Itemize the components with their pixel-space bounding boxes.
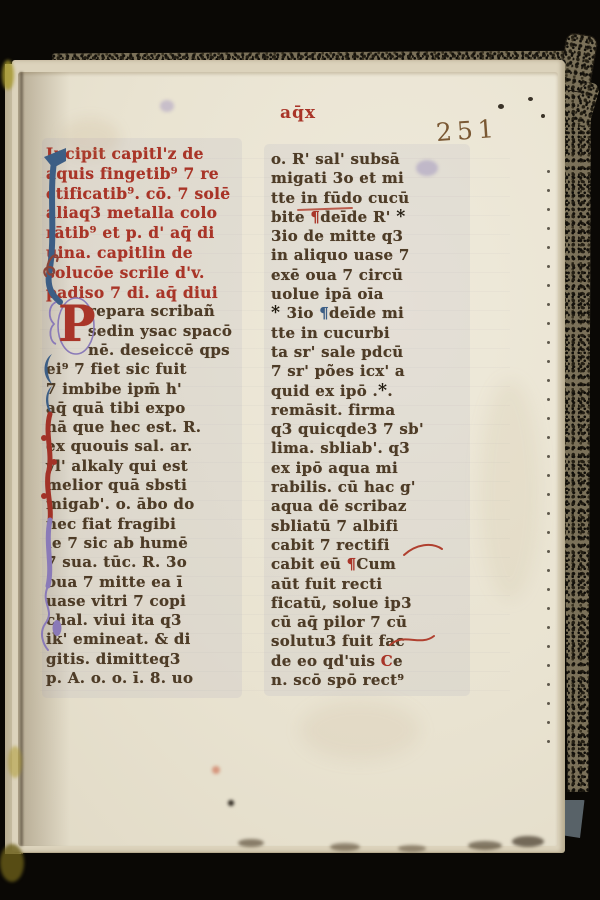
text-segment: vl' alkaly qui est [46,457,188,475]
pricking-hole [547,607,550,610]
pricking-hole [547,740,550,743]
text-segment: nec fiat fragibi [46,515,176,533]
text-segment: * [271,303,287,323]
text-line: * 3io ¶deīde mi [271,304,471,323]
text-line: ex ipō aqua mi [271,459,471,478]
text-segment: 3io [287,304,320,322]
text-line: quid ex ipō .*. [271,382,471,401]
text-segment: e [393,652,403,670]
text-segment: aqua dē scribaz [271,497,407,515]
text-line: nec fiat fragibi [46,515,246,534]
stain [238,839,264,847]
text-line: ctificatib⁹. cō. 7 solē [46,184,246,204]
text-segment: aquis fingetib⁹ 7 re [46,164,219,183]
text-line: lima. sbliab'. q3 [271,439,471,458]
text-segment: migab'. o. ābo do [46,495,195,513]
blue-initial-i [38,146,68,306]
text-segment: 7 sua. tūc. R. 3o [46,553,187,571]
text-segment: chal. viui ita q3 [46,611,182,629]
pricking-hole [547,208,550,211]
text-line: aūt fuit recti [271,575,471,594]
text-line: cū aq̄ pilor 7 cū [271,613,471,632]
stain [480,380,540,600]
text-line: in aliquo uase 7 [271,246,471,265]
text-line: o. R' sal' subsā [271,150,471,169]
text-segment: sedin ysac spacō [88,322,232,340]
text-line: uina. capitlin de [46,243,246,263]
text-segment: in aliquo uase 7 [271,246,410,264]
text-line: nā que hec est. R. [46,418,246,437]
pricking-hole [547,626,550,629]
text-segment: uina. capitlin de [46,243,193,262]
pricking-hole [547,360,550,363]
text-line: 7 sr' pões icx' a [271,362,471,381]
text-segment: * [396,207,405,227]
text-segment: tte in fūdo cucū [271,189,409,207]
text-line: de eo qd'uis Ce [271,652,471,671]
stain [416,160,438,176]
text-segment: ¶ [347,555,357,573]
text-line: ficatū, solue ip3 [271,594,471,613]
text-line: remāsit. firma [271,401,471,420]
text-line: 7 sua. tūc. R. 3o [46,553,246,572]
running-header: aq̄x [280,103,316,123]
red-tail-lower [388,628,436,650]
pricking-hole [547,284,550,287]
pricking-hole [547,189,550,192]
pricking-hole [547,474,550,477]
text-segment: ¶ [310,208,320,226]
text-segment: cū aq̄ pilor 7 cū [271,613,407,631]
text-line: tte in fūdo cucū [271,189,471,208]
text-segment: aūt fuit recti [271,575,382,593]
text-line: vl' alkaly qui est [46,457,246,476]
stain [160,100,174,112]
text-segment: ex ipō aqua mi [271,459,398,477]
text-line: rātib⁹ et p. d' aq̄ di [46,223,246,243]
text-segment: cabit eū [271,555,347,573]
text-line: 3io de mitte q3 [271,227,471,246]
stain [498,104,504,109]
text-segment: le 7 sic ab humē [46,534,188,552]
stain [541,114,545,118]
text-segment: remāsit. firma [271,401,395,419]
text-segment: deīde R' [320,208,396,226]
folio-number: 251 [435,114,500,147]
text-segment: aliaq3 metalla colo [46,203,217,222]
stain [60,118,120,158]
text-line: exē oua 7 circū [271,266,471,285]
stain [228,800,234,806]
text-line: tte in cucurbi [271,324,471,343]
text-segment: nē. deseiccē qps [88,341,230,359]
text-segment: rabilis. cū hac g' [271,478,416,496]
text-line: le 7 sic ab humē [46,534,246,553]
text-segment: solutu3 fuit fac [271,632,405,650]
text-segment: repara scribañ [88,302,215,320]
text-segment: 7 imbibe ipm̄ h' [46,380,182,398]
stain [0,844,24,882]
text-segment: uolue ipā oīa [271,285,384,303]
text-segment: solucōe scrile d'v. [46,263,205,282]
right-column: o. R' sal' subsāmigati 3o et mitte in fū… [271,150,471,690]
text-line: uase vitri 7 copi [46,592,246,611]
text-line: chal. viui ita q3 [46,611,246,630]
photo-stage: aq̄x 251 Incipit capitl'z deaquis finget… [0,0,600,900]
pricking-hole [547,721,550,724]
text-line: melior quā sbsti [46,476,246,495]
pricking-hole [547,417,550,420]
margin-squiggle [40,248,64,280]
text-segment: ¶ [319,304,329,322]
text-segment: tte in cucurbi [271,324,390,342]
text-line: aq̄ quā tibi expo [46,399,246,418]
text-line: ex quouis sal. ar. [46,437,246,456]
left-column: Incipit capitl'z deaquis fingetib⁹ 7 rec… [46,144,246,688]
text-line: migab'. o. ābo do [46,495,246,514]
margin-flourish-bar [36,352,64,656]
initial-p: P [58,294,104,358]
stain [398,845,426,852]
text-line: p. A. o. o. ī. 8. uo [46,669,246,688]
text-segment: exē oua 7 circū [271,266,403,284]
text-line: solucōe scrile d'v. [46,263,246,283]
right-block: o. R' sal' subsāmigati 3o et mitte in fū… [271,150,471,690]
text-segment: ctificatib⁹. cō. 7 solē [46,184,230,203]
text-line: aqua dē scribaz [271,497,471,516]
pricking-hole [547,303,550,306]
pricking-hole [547,341,550,344]
pricking-hole [547,588,550,591]
gutter-crease [20,72,23,846]
pricking-hole [547,531,550,534]
stain [8,746,22,778]
text-segment: 3io de mitte q3 [271,227,403,245]
text-segment: lima. sbliab'. q3 [271,439,410,457]
rubric-block: Incipit capitl'z deaquis fingetib⁹ 7 rec… [46,144,246,302]
text-segment: Cum [356,555,396,573]
text-line: aquis fingetib⁹ 7 re [46,164,246,184]
pricking-hole [547,569,550,572]
pricking-hole [547,379,550,382]
text-line: uolue ipā oīa [271,285,471,304]
text-line: q3 quicqde3 7 sb' [271,420,471,439]
stain [330,843,360,851]
text-segment: ex quouis sal. ar. [46,437,193,455]
pricking-hole [547,265,550,268]
text-segment: quid ex ipō . [271,382,378,400]
text-line: n. scō spō rect⁹ [271,671,471,690]
text-segment: C [381,652,393,670]
pricking-hole [547,550,550,553]
text-segment: melior quā sbsti [46,476,187,494]
text-segment: ficatū, solue ip3 [271,594,412,612]
pricking-hole [547,683,550,686]
text-line: ta sr' sale pdcū [271,343,471,362]
text-segment: oua 7 mitte ea ī [46,573,183,591]
text-segment: ta sr' sale pdcū [271,343,403,361]
text-segment: rātib⁹ et p. d' aq̄ di [46,223,215,242]
text-segment: . [387,382,393,400]
text-segment: de eo qd'uis [271,652,381,670]
text-segment: gitis. dimitteq3 [46,650,181,668]
pricking-hole [547,436,550,439]
text-line: gitis. dimitteq3 [46,650,246,669]
text-segment: migati 3o et mi [271,169,404,187]
text-segment: nā que hec est. R. [46,418,201,436]
pricking-hole [547,322,550,325]
text-segment: deīde mi [329,304,404,322]
text-segment: uase vitri 7 copi [46,592,186,610]
text-line: 7 imbibe ipm̄ h' [46,380,246,399]
text-segment: aq̄ quā tibi expo [46,399,186,417]
pricking-hole [547,645,550,648]
text-line: solutu3 fuit fac [271,632,471,651]
text-line: aliaq3 metalla colo [46,203,246,223]
text-segment: ik' emineat. & di [46,630,191,648]
text-segment: 7 sr' pões icx' a [271,362,405,380]
text-segment: n. scō spō rect⁹ [271,671,404,689]
text-line: ik' emineat. & di [46,630,246,649]
text-segment: p. A. o. o. ī. 8. uo [46,669,193,687]
pricking-hole [547,512,550,515]
stain [2,60,14,90]
pricking-hole [547,702,550,705]
stain [512,836,544,847]
pricking-hole [547,398,550,401]
text-segment: q3 quicqde3 7 sb' [271,420,424,438]
text-segment: cabit 7 rectifi [271,536,390,554]
pricking-hole [547,493,550,496]
text-line: oua 7 mitte ea ī [46,573,246,592]
pricking-hole [547,246,550,249]
stain [528,97,533,101]
text-line: migati 3o et mi [271,169,471,188]
stain [212,766,220,774]
text-line: rabilis. cū hac g' [271,478,471,497]
pricking-hole [547,227,550,230]
pricking-hole [547,455,550,458]
stain [468,841,502,850]
text-segment: * [378,381,387,401]
text-line: sbliatū 7 albifi [271,517,471,536]
stain [300,700,420,760]
pricking-hole [547,664,550,667]
pricking-hole [547,170,550,173]
text-segment: sbliatū 7 albifi [271,517,398,535]
text-segment: o. R' sal' subsā [271,150,400,168]
red-tail-upper [402,540,444,560]
